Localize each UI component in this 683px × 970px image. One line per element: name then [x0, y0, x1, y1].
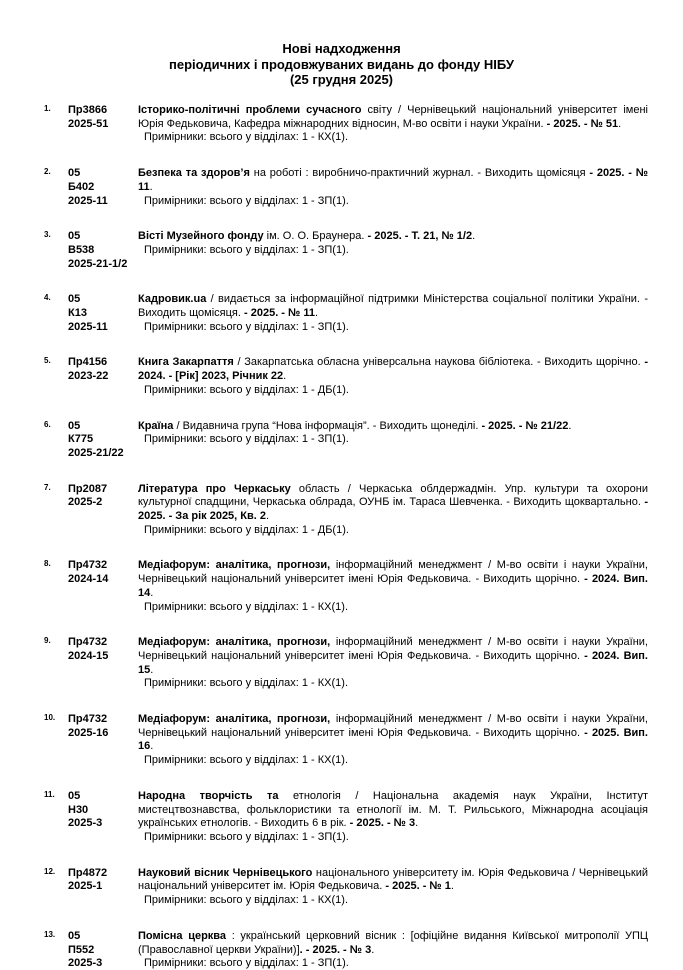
bibliographic-record: Безпека та здоров’я на роботі : виробнич…	[138, 167, 648, 194]
bibliographic-record: Науковий вісник Чернівецького національн…	[138, 867, 648, 894]
list-item: 2.05Б4022025-11Безпека та здоров’я на ро…	[0, 167, 683, 208]
entry-description: Медіафорум: аналітика, прогнози, інформа…	[138, 636, 648, 691]
bold-text: Книга Закарпаття	[138, 356, 234, 368]
entry-number: 2.	[44, 165, 51, 179]
entry-description: Вісті Музейного фонду ім. О. О. Браунера…	[138, 230, 648, 257]
shelf-mark-line: К13	[68, 307, 134, 321]
bold-text: Вісті Музейного фонду	[138, 230, 264, 242]
entry-number: 6.	[44, 418, 51, 432]
copies-info: Примірники: всього у відділах: 1 - ЗП(1)…	[138, 321, 648, 335]
shelf-mark: Пр48722025-1	[68, 867, 134, 894]
entry-number: 8.	[44, 557, 51, 571]
copies-info: Примірники: всього у відділах: 1 - КХ(1)…	[138, 677, 648, 691]
entry-description: Книга Закарпаття / Закарпатська обласна …	[138, 356, 648, 397]
shelf-mark-line: 05	[68, 420, 134, 434]
record-text: .	[283, 370, 286, 382]
shelf-mark-line: В538	[68, 244, 134, 258]
entry-number: 12.	[44, 865, 55, 879]
copies-info: Примірники: всього у відділах: 1 - ЗП(1)…	[138, 433, 648, 447]
shelf-mark-line: 2025-1	[68, 880, 134, 894]
copies-info: Примірники: всього у відділах: 1 - ДБ(1)…	[138, 524, 648, 538]
shelf-mark-line: 05	[68, 790, 134, 804]
record-text: / Закарпатська обласна універсальна наук…	[234, 356, 645, 368]
entry-description: Помісна церква : український церковний в…	[138, 930, 648, 970]
bibliographic-record: Медіафорум: аналітика, прогнози, інформа…	[138, 636, 648, 677]
shelf-mark-line: 2025-21/22	[68, 447, 134, 461]
entry-number: 4.	[44, 291, 51, 305]
list-item: 13.05П5522025-3Помісна церква : українсь…	[0, 930, 683, 970]
copies-info: Примірники: всього у відділах: 1 - КХ(1)…	[138, 131, 648, 145]
bold-text: Література про Черкаську	[138, 483, 291, 495]
shelf-mark: Пр47322024-14	[68, 559, 134, 586]
shelf-mark-line: 2025-51	[68, 118, 134, 132]
shelf-mark-line: 2025-16	[68, 727, 134, 741]
bold-text: - 2025. - № 11	[244, 307, 315, 319]
bibliographic-record: Медіафорум: аналітика, прогнози, інформа…	[138, 559, 648, 600]
record-text: .	[315, 307, 318, 319]
bibliographic-record: Історико-політичні проблеми сучасного св…	[138, 104, 648, 131]
entry-description: Медіафорум: аналітика, прогнози, інформа…	[138, 559, 648, 614]
shelf-mark: Пр38662025-51	[68, 104, 134, 131]
bold-text: Кадровик.ua	[138, 293, 206, 305]
shelf-mark: 05Н302025-3	[68, 790, 134, 831]
entry-description: Науковий вісник Чернівецького національн…	[138, 867, 648, 908]
record-text: .	[371, 944, 374, 956]
bold-text: . - 2025. - № 3	[300, 944, 372, 956]
record-text: .	[415, 817, 418, 829]
shelf-mark-line: 2024-15	[68, 650, 134, 664]
list-item: 12.Пр48722025-1Науковий вісник Чернівець…	[0, 867, 683, 908]
shelf-mark-line: 2025-2	[68, 496, 134, 510]
shelf-mark-line: 2023-22	[68, 370, 134, 384]
list-item: 8.Пр47322024-14Медіафорум: аналітика, пр…	[0, 559, 683, 614]
document-header: Нові надходження періодичних і продовжув…	[0, 41, 683, 88]
shelf-mark-line: 05	[68, 293, 134, 307]
shelf-mark: Пр47322024-15	[68, 636, 134, 663]
copies-info: Примірники: всього у відділах: 1 - ЗП(1)…	[138, 957, 648, 970]
bold-text: - 2025. - Т. 21, № 1/2	[368, 230, 473, 242]
shelf-mark: 05Б4022025-11	[68, 167, 134, 208]
shelf-mark-line: 2024-14	[68, 573, 134, 587]
entry-description: Безпека та здоров’я на роботі : виробнич…	[138, 167, 648, 208]
bibliographic-record: Країна / Видавнича група “Нова інформаці…	[138, 420, 648, 434]
record-text: / видається за інформаційної підтримки М…	[138, 293, 648, 319]
entry-number: 13.	[44, 928, 55, 942]
shelf-mark-line: Б402	[68, 181, 134, 195]
shelf-mark: Пр47322025-16	[68, 713, 134, 740]
copies-info: Примірники: всього у відділах: 1 - КХ(1)…	[138, 754, 648, 768]
shelf-mark: Пр41562023-22	[68, 356, 134, 383]
bibliographic-record: Вісті Музейного фонду ім. О. О. Браунера…	[138, 230, 648, 244]
shelf-mark-line: 2025-11	[68, 321, 134, 335]
bold-text: Помісна церква	[138, 930, 226, 942]
list-item: 11.05Н302025-3Народна творчість та етнол…	[0, 790, 683, 845]
list-item: 10.Пр47322025-16Медіафорум: аналітика, п…	[0, 713, 683, 768]
copies-info: Примірники: всього у відділах: 1 - ЗП(1)…	[138, 195, 648, 209]
bold-text: Медіафорум: аналітика, прогнози,	[138, 559, 330, 571]
bold-text: - 2025. - № 51	[547, 118, 619, 130]
bibliographic-record: Література про Черкаську область / Черка…	[138, 483, 648, 524]
bold-text: - 2025. - № 3	[350, 817, 415, 829]
bold-text: Науковий вісник Чернівецького	[138, 867, 312, 879]
shelf-mark-line: 05	[68, 167, 134, 181]
shelf-mark-line: 2025-11	[68, 195, 134, 209]
shelf-mark-line: Пр2087	[68, 483, 134, 497]
shelf-mark-line: Н30	[68, 804, 134, 818]
copies-info: Примірники: всього у відділах: 1 - ЗП(1)…	[138, 831, 648, 845]
entries-list: 1.Пр38662025-51Історико-політичні пробле…	[0, 104, 683, 970]
entry-number: 1.	[44, 102, 51, 116]
record-text: на роботі : виробничо-практичний журнал.…	[250, 167, 589, 179]
shelf-mark-line: 05	[68, 230, 134, 244]
record-text: .	[568, 420, 571, 432]
copies-info: Примірники: всього у відділах: 1 - ДБ(1)…	[138, 384, 648, 398]
shelf-mark-line: 2025-3	[68, 957, 134, 970]
record-text: .	[451, 880, 454, 892]
entry-number: 5.	[44, 354, 51, 368]
entry-description: Література про Черкаську область / Черка…	[138, 483, 648, 538]
list-item: 7.Пр20872025-2Література про Черкаську о…	[0, 483, 683, 538]
list-item: 1.Пр38662025-51Історико-політичні пробле…	[0, 104, 683, 145]
shelf-mark-line: Пр4732	[68, 636, 134, 650]
record-text: .	[618, 118, 621, 130]
header-title: Нові надходження	[0, 41, 683, 57]
entry-description: Історико-політичні проблеми сучасного св…	[138, 104, 648, 145]
bold-text: Безпека та здоров’я	[138, 167, 250, 179]
list-item: 6.05К7752025-21/22Країна / Видавнича гру…	[0, 420, 683, 461]
bold-text: Медіафорум: аналітика, прогнози,	[138, 713, 330, 725]
bold-text: Країна	[138, 420, 173, 432]
copies-info: Примірники: всього у відділах: 1 - ЗП(1)…	[138, 244, 648, 258]
entry-number: 11.	[44, 788, 55, 802]
bibliographic-record: Книга Закарпаття / Закарпатська обласна …	[138, 356, 648, 383]
bold-text: - 2025. - № 1	[385, 880, 450, 892]
list-item: 4.05К132025-11Кадровик.ua / видається за…	[0, 293, 683, 334]
record-text: .	[150, 181, 153, 193]
shelf-mark: 05В5382025-21-1/2	[68, 230, 134, 271]
shelf-mark-line: 2025-21-1/2	[68, 258, 134, 272]
shelf-mark-line: Пр4732	[68, 559, 134, 573]
bold-text: - 2025. - № 21/22	[481, 420, 568, 432]
shelf-mark-line: 2025-3	[68, 817, 134, 831]
shelf-mark-line: 05	[68, 930, 134, 944]
bold-text: Народна творчість та	[138, 790, 279, 802]
header-subtitle: періодичних і продовжуваних видань до фо…	[0, 57, 683, 73]
bold-text: Історико-політичні проблеми сучасного	[138, 104, 362, 116]
shelf-mark-line: Пр4732	[68, 713, 134, 727]
entry-number: 7.	[44, 481, 51, 495]
entry-number: 3.	[44, 228, 51, 242]
entry-description: Кадровик.ua / видається за інформаційної…	[138, 293, 648, 334]
bibliographic-record: Кадровик.ua / видається за інформаційної…	[138, 293, 648, 320]
entry-number: 9.	[44, 634, 51, 648]
bibliographic-record: Медіафорум: аналітика, прогнози, інформа…	[138, 713, 648, 754]
header-date: (25 грудня 2025)	[0, 72, 683, 88]
entry-description: Народна творчість та етнологія / Націона…	[138, 790, 648, 845]
shelf-mark: 05П5522025-3	[68, 930, 134, 970]
shelf-mark-line: Пр3866	[68, 104, 134, 118]
record-text: .	[150, 587, 153, 599]
copies-info: Примірники: всього у відділах: 1 - КХ(1)…	[138, 601, 648, 615]
record-text: ім. О. О. Браунера.	[264, 230, 368, 242]
entry-description: Медіафорум: аналітика, прогнози, інформа…	[138, 713, 648, 768]
record-text: / Видавнича група “Нова інформація”. - В…	[173, 420, 481, 432]
record-text: .	[266, 510, 269, 522]
list-item: 9.Пр47322024-15Медіафорум: аналітика, пр…	[0, 636, 683, 691]
shelf-mark: Пр20872025-2	[68, 483, 134, 510]
record-text: .	[150, 664, 153, 676]
bibliographic-record: Народна творчість та етнологія / Націона…	[138, 790, 648, 831]
copies-info: Примірники: всього у відділах: 1 - КХ(1)…	[138, 894, 648, 908]
shelf-mark: 05К7752025-21/22	[68, 420, 134, 461]
shelf-mark-line: К775	[68, 433, 134, 447]
shelf-mark: 05К132025-11	[68, 293, 134, 334]
bibliographic-record: Помісна церква : український церковний в…	[138, 930, 648, 957]
record-text: .	[150, 740, 153, 752]
list-item: 5.Пр41562023-22Книга Закарпаття / Закарп…	[0, 356, 683, 397]
entry-number: 10.	[44, 711, 55, 725]
shelf-mark-line: П552	[68, 944, 134, 958]
shelf-mark-line: Пр4156	[68, 356, 134, 370]
shelf-mark-line: Пр4872	[68, 867, 134, 881]
bold-text: Медіафорум: аналітика, прогнози,	[138, 636, 330, 648]
record-text: .	[472, 230, 475, 242]
list-item: 3.05В5382025-21-1/2Вісті Музейного фонду…	[0, 230, 683, 271]
entry-description: Країна / Видавнича група “Нова інформаці…	[138, 420, 648, 447]
